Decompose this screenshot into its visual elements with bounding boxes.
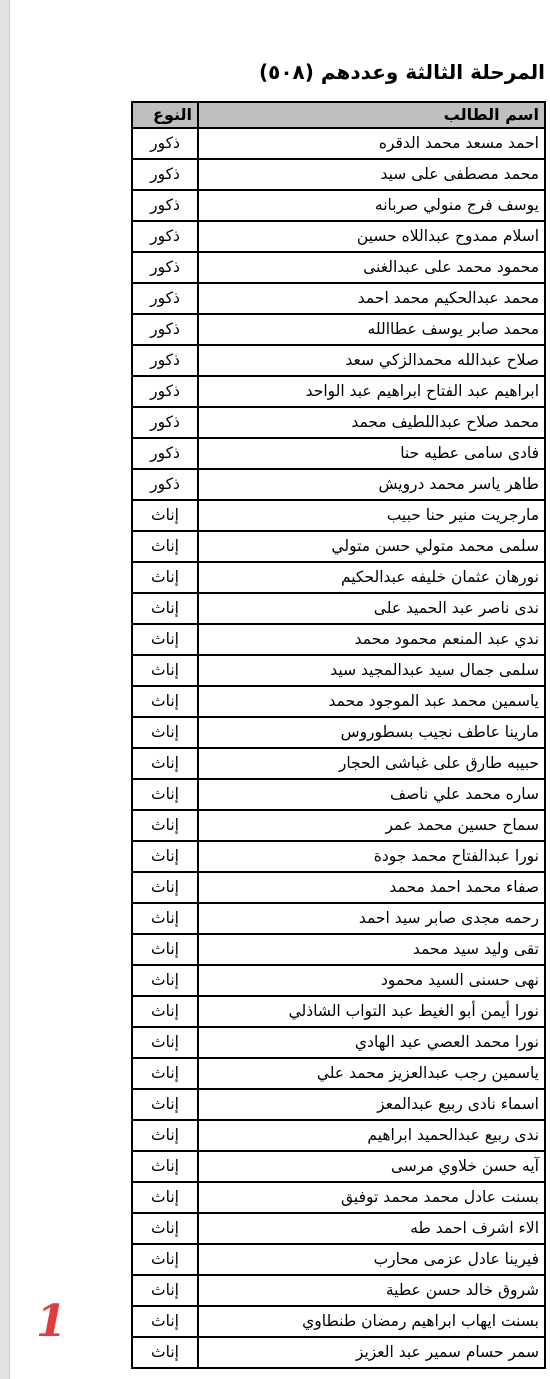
gender-cell: إناث [132,1244,198,1275]
table-row: محمود محمد على عبدالغنىذكور [132,252,545,283]
gender-cell: إناث [132,1182,198,1213]
table-row: ابراهيم عبد الفتاح ابراهيم عبد الواحدذكو… [132,376,545,407]
student-name-cell: بسنت ايهاب ابراهيم رمضان طنطاوي [198,1306,545,1337]
student-name-cell: ياسمين رجب عبدالعزيز محمد علي [198,1058,545,1089]
gender-cell: ذكور [132,159,198,190]
student-name-cell: صلاح عبدالله محمدالزكي سعد [198,345,545,376]
table-row: الاء اشرف احمد طهإناث [132,1213,545,1244]
gender-cell: إناث [132,531,198,562]
gender-cell: ذكور [132,190,198,221]
gender-cell: إناث [132,748,198,779]
table-row: مارينا عاطف نجيب بسطوروسإناث [132,717,545,748]
student-name-cell: ابراهيم عبد الفتاح ابراهيم عبد الواحد [198,376,545,407]
table-header-row: اسم الطالب النوع [132,102,545,128]
student-name-cell: فادى سامى عطيه حنا [198,438,545,469]
table-row: بسنت عادل محمد محمد توفيقإناث [132,1182,545,1213]
student-name-cell: مارينا عاطف نجيب بسطوروس [198,717,545,748]
student-name-cell: اسماء نادى ربيع عبدالمعز [198,1089,545,1120]
student-name-cell: ساره محمد علي ناصف [198,779,545,810]
table-row: صفاء محمد احمد محمدإناث [132,872,545,903]
table-row: ندي عبد المنعم محمود محمدإناث [132,624,545,655]
table-row: اسلام ممدوح عبداللاه حسينذكور [132,221,545,252]
table-row: فيرينا عادل عزمى محاربإناث [132,1244,545,1275]
gender-cell: إناث [132,1120,198,1151]
student-name-cell: سلمى جمال سيد عبدالمجيد سيد [198,655,545,686]
gender-cell: إناث [132,872,198,903]
student-name-cell: تقى وليد سيد محمد [198,934,545,965]
student-name-cell: ندي عبد المنعم محمود محمد [198,624,545,655]
gender-cell: إناث [132,655,198,686]
student-name-cell: يوسف فرج منولي صربانه [198,190,545,221]
table-row: محمد صلاح عبداللطيف محمدذكور [132,407,545,438]
gender-cell: إناث [132,810,198,841]
table-row: مارجريت منير حنا حبيبإناث [132,500,545,531]
gender-cell: ذكور [132,252,198,283]
table-row: ساره محمد علي ناصفإناث [132,779,545,810]
table-row: سمر حسام سمير عبد العزيزإناث [132,1337,545,1368]
table-row: اسماء نادى ربيع عبدالمعزإناث [132,1089,545,1120]
gender-cell: إناث [132,562,198,593]
gender-cell: إناث [132,1275,198,1306]
student-name-cell: نورا عبدالفتاح محمد جودة [198,841,545,872]
table-row: طاهر ياسر محمد درويشذكور [132,469,545,500]
table-row: ياسمين رجب عبدالعزيز محمد عليإناث [132,1058,545,1089]
gender-cell: ذكور [132,283,198,314]
gender-cell: إناث [132,1089,198,1120]
gender-cell: ذكور [132,128,198,159]
table-row: محمد صابر يوسف عطااللهذكور [132,314,545,345]
table-row: سماح حسين محمد عمرإناث [132,810,545,841]
gender-cell: إناث [132,593,198,624]
gender-cell: إناث [132,1337,198,1368]
student-name-cell: ندى ربيع عبدالحميد ابراهيم [198,1120,545,1151]
page-title: المرحلة الثالثة وعددهم (٥٠٨) [259,60,545,84]
gender-cell: إناث [132,624,198,655]
table-row: حبيبه طارق على غباشى الحجارإناث [132,748,545,779]
table-row: آيه حسن خلاوي مرسىإناث [132,1151,545,1182]
gender-cell: إناث [132,1306,198,1337]
page-edge-strip [0,0,10,1379]
student-name-cell: ندى ناصر عبد الحميد على [198,593,545,624]
gender-cell: ذكور [132,469,198,500]
table-row: نورا عبدالفتاح محمد جودةإناث [132,841,545,872]
student-name-cell: ياسمين محمد عبد الموجود محمد [198,686,545,717]
students-table: اسم الطالب النوع احمد مسعد محمد الدقرهذك… [131,101,546,1369]
gender-cell: ذكور [132,345,198,376]
table-body: احمد مسعد محمد الدقرهذكورمحمد مصطفى على … [132,128,545,1368]
table-row: نهى حسنى السيد محمودإناث [132,965,545,996]
student-name-cell: سماح حسين محمد عمر [198,810,545,841]
student-name-cell: سلمى محمد متولي حسن متولي [198,531,545,562]
student-name-cell: محمود محمد على عبدالغنى [198,252,545,283]
table-row: نورا أيمن أبو الغيط عبد التواب الشاذليإن… [132,996,545,1027]
table-row: صلاح عبدالله محمدالزكي سعدذكور [132,345,545,376]
table-row: ياسمين محمد عبد الموجود محمدإناث [132,686,545,717]
student-name-cell: محمد عبدالحكيم محمد احمد [198,283,545,314]
gender-cell: ذكور [132,314,198,345]
table-row: تقى وليد سيد محمدإناث [132,934,545,965]
gender-cell: ذكور [132,221,198,252]
table-row: ندى ناصر عبد الحميد علىإناث [132,593,545,624]
student-name-cell: نهى حسنى السيد محمود [198,965,545,996]
student-name-cell: محمد مصطفى على سيد [198,159,545,190]
gender-cell: إناث [132,841,198,872]
student-name-cell: حبيبه طارق على غباشى الحجار [198,748,545,779]
gender-cell: إناث [132,779,198,810]
student-name-cell: نورا محمد العصي عبد الهادي [198,1027,545,1058]
column-header-student-name: اسم الطالب [198,102,545,128]
student-name-cell: اسلام ممدوح عبداللاه حسين [198,221,545,252]
student-name-cell: محمد صابر يوسف عطاالله [198,314,545,345]
student-name-cell: محمد صلاح عبداللطيف محمد [198,407,545,438]
student-name-cell: بسنت عادل محمد محمد توفيق [198,1182,545,1213]
gender-cell: إناث [132,1058,198,1089]
table-row: يوسف فرج منولي صربانهذكور [132,190,545,221]
student-name-cell: شروق خالد حسن عطية [198,1275,545,1306]
student-name-cell: الاء اشرف احمد طه [198,1213,545,1244]
table-row: رحمه مجدى صابر سيد احمدإناث [132,903,545,934]
student-name-cell: نورا أيمن أبو الغيط عبد التواب الشاذلي [198,996,545,1027]
gender-cell: إناث [132,686,198,717]
gender-cell: إناث [132,500,198,531]
student-name-cell: رحمه مجدى صابر سيد احمد [198,903,545,934]
table-row: محمد عبدالحكيم محمد احمدذكور [132,283,545,314]
student-name-cell: احمد مسعد محمد الدقره [198,128,545,159]
gender-cell: إناث [132,903,198,934]
gender-cell: إناث [132,1027,198,1058]
gender-cell: إناث [132,1151,198,1182]
column-header-gender: النوع [132,102,198,128]
gender-cell: إناث [132,1213,198,1244]
table-row: بسنت ايهاب ابراهيم رمضان طنطاويإناث [132,1306,545,1337]
gender-cell: إناث [132,996,198,1027]
student-name-cell: صفاء محمد احمد محمد [198,872,545,903]
table-row: محمد مصطفى على سيدذكور [132,159,545,190]
gender-cell: ذكور [132,407,198,438]
student-name-cell: آيه حسن خلاوي مرسى [198,1151,545,1182]
student-name-cell: مارجريت منير حنا حبيب [198,500,545,531]
student-name-cell: طاهر ياسر محمد درويش [198,469,545,500]
page-number: 1 [36,1298,67,1346]
table-row: فادى سامى عطيه حناذكور [132,438,545,469]
table-row: سلمى جمال سيد عبدالمجيد سيدإناث [132,655,545,686]
table-row: نورا محمد العصي عبد الهاديإناث [132,1027,545,1058]
gender-cell: إناث [132,934,198,965]
gender-cell: إناث [132,717,198,748]
table-row: سلمى محمد متولي حسن متوليإناث [132,531,545,562]
table-row: نورهان عثمان خليفه عبدالحكيمإناث [132,562,545,593]
student-name-cell: سمر حسام سمير عبد العزيز [198,1337,545,1368]
gender-cell: ذكور [132,438,198,469]
student-name-cell: فيرينا عادل عزمى محارب [198,1244,545,1275]
student-name-cell: نورهان عثمان خليفه عبدالحكيم [198,562,545,593]
gender-cell: إناث [132,965,198,996]
gender-cell: ذكور [132,376,198,407]
table-row: احمد مسعد محمد الدقرهذكور [132,128,545,159]
table-row: شروق خالد حسن عطيةإناث [132,1275,545,1306]
table-row: ندى ربيع عبدالحميد ابراهيمإناث [132,1120,545,1151]
